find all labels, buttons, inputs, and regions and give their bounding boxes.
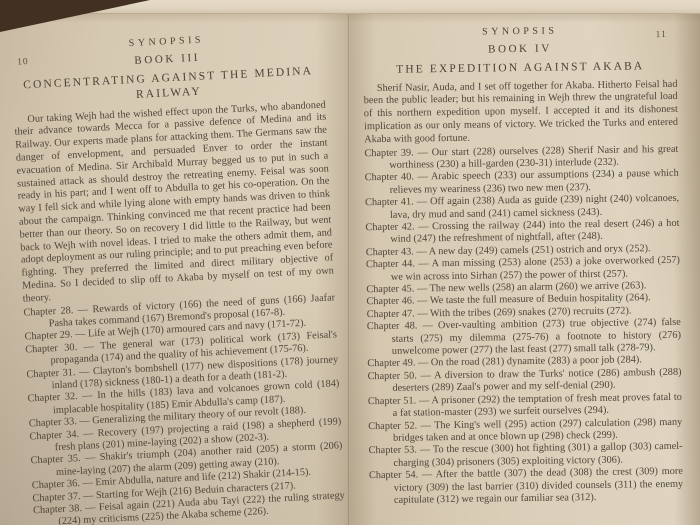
page-top-edge-shadow: [0, 14, 700, 23]
chapter-entry: Chapter 48. — Over-vaulting ambition (27…: [367, 317, 681, 359]
gutter-shadow: [316, 0, 376, 525]
right-intro-paragraph: Sherif Nasir, Auda, and I set off togeth…: [363, 78, 678, 146]
right-chapter-list: Chapter 39. — Our start (228) ourselves …: [364, 143, 683, 507]
left-page-content: 10 SYNOPSIS BOOK III CONCENTRATING AGAIN…: [10, 29, 345, 525]
left-chapter-list: Chapter 28. — Rewards of victory (166) t…: [23, 292, 346, 525]
right-edge-shadow: [674, 0, 700, 525]
right-page-number: 11: [656, 29, 667, 42]
left-page-number: 10: [17, 56, 29, 69]
right-page-content: 11 SYNOPSIS BOOK IV THE EXPEDITION AGAIN…: [363, 24, 684, 508]
chapter-entry: Chapter 54. — After the battle (307) the…: [369, 466, 683, 508]
right-book-heading: BOOK IV: [363, 41, 677, 58]
book-photo: 10 SYNOPSIS BOOK III CONCENTRATING AGAIN…: [0, 0, 700, 525]
left-intro-paragraph: Our taking Wejh had the wished effect up…: [14, 99, 335, 306]
gutter-crease: [348, 0, 349, 525]
right-chapter-title: THE EXPEDITION AGAINST AKABA: [363, 58, 677, 77]
